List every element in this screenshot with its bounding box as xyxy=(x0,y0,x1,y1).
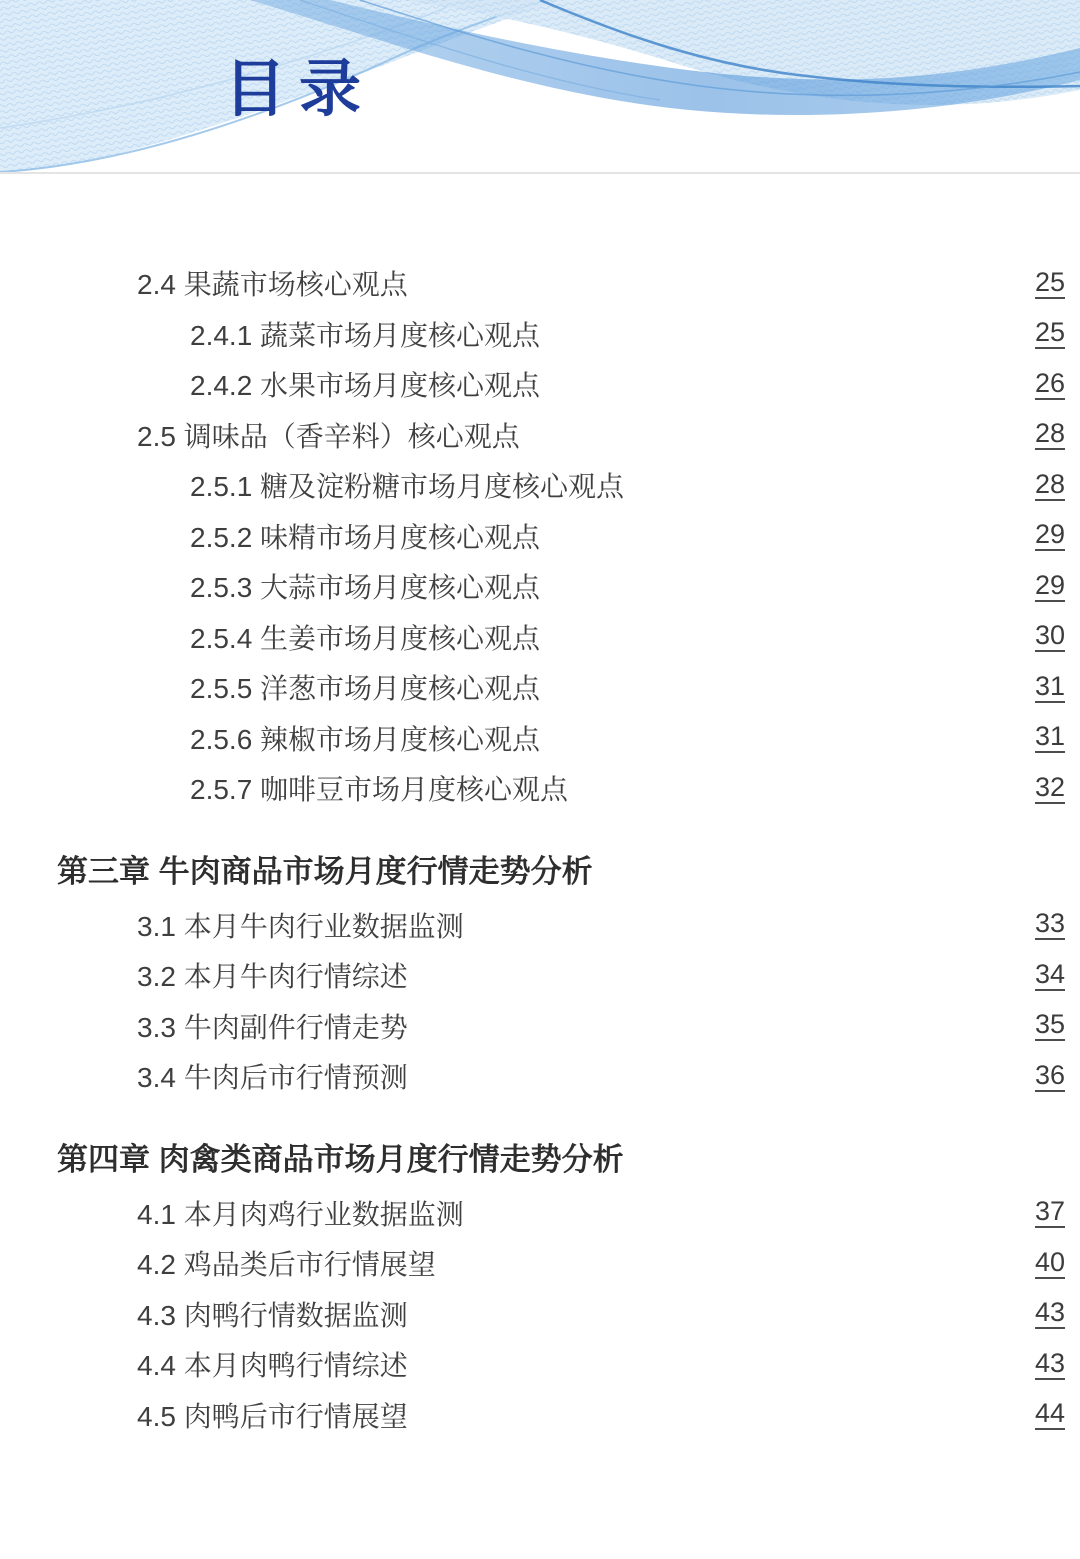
toc-entry-page-link[interactable]: 25 xyxy=(1035,318,1065,349)
toc-list: 2.4 果蔬市场核心观点 25 2.4.1 蔬菜市场月度核心观点 25 2.4.… xyxy=(0,174,1080,1440)
toc-entry-2: 2.4.2 水果市场月度核心观点 26 xyxy=(0,359,1065,410)
toc-entry-14: 3.3 牛肉副件行情走势 35 xyxy=(0,1001,1065,1052)
toc-entry-label: 2.5.5 洋葱市场月度核心观点 xyxy=(190,667,540,707)
wave-decoration-graphic xyxy=(0,0,1080,172)
toc-entry-8: 2.5.5 洋葱市场月度核心观点 31 xyxy=(0,662,1065,713)
page-title: 目录 xyxy=(224,56,374,124)
toc-entry-page-link[interactable]: 28 xyxy=(1035,419,1065,450)
toc-entry-label: 3.2 本月牛肉行情综述 xyxy=(137,955,408,995)
toc-entry-label: 2.5 调味品（香辛料）核心观点 xyxy=(137,415,520,455)
toc-entry-label: 2.5.2 味精市场月度核心观点 xyxy=(190,516,540,556)
toc-entry-page-link[interactable]: 34 xyxy=(1035,960,1065,991)
toc-entry-page-link[interactable]: 26 xyxy=(1035,369,1065,400)
toc-entry-17: 4.1 本月肉鸡行业数据监测 37 xyxy=(0,1188,1065,1239)
toc-entry-page-link[interactable]: 25 xyxy=(1035,268,1065,299)
toc-entry-label: 2.4.1 蔬菜市场月度核心观点 xyxy=(190,314,540,354)
toc-entry-page-link[interactable]: 31 xyxy=(1035,722,1065,753)
toc-entry-3: 2.5 调味品（香辛料）核心观点 28 xyxy=(0,410,1065,461)
toc-entry-label: 2.5.7 咖啡豆市场月度核心观点 xyxy=(190,768,568,808)
toc-entry-21: 4.5 肉鸭后市行情展望 44 xyxy=(0,1390,1065,1441)
toc-entry-label: 4.5 肉鸭后市行情展望 xyxy=(137,1395,408,1435)
toc-entry-page-link[interactable]: 43 xyxy=(1035,1298,1065,1329)
toc-entry-label: 2.5.3 大蒜市场月度核心观点 xyxy=(190,566,540,606)
toc-entry-page-link[interactable]: 31 xyxy=(1035,672,1065,703)
toc-entry-page-link[interactable]: 40 xyxy=(1035,1248,1065,1279)
toc-entry-label: 3.4 牛肉后市行情预测 xyxy=(137,1056,408,1096)
toc-page: 目录 2.4 果蔬市场核心观点 25 2.4.1 蔬菜市场月度核心观点 25 2… xyxy=(0,0,1080,1559)
toc-entry-label: 第四章 肉禽类商品市场月度行情走势分析 xyxy=(57,1134,624,1179)
toc-entry-page-link[interactable]: 36 xyxy=(1035,1061,1065,1092)
toc-entry-12: 3.1 本月牛肉行业数据监测 33 xyxy=(0,900,1065,951)
toc-entry-16: 第四章 肉禽类商品市场月度行情走势分析 xyxy=(0,1126,1065,1188)
toc-entry-5: 2.5.2 味精市场月度核心观点 29 xyxy=(0,511,1065,562)
toc-entry-page-link[interactable]: 29 xyxy=(1035,520,1065,551)
toc-entry-label: 4.2 鸡品类后市行情展望 xyxy=(137,1243,436,1283)
toc-entry-page-link[interactable]: 29 xyxy=(1035,571,1065,602)
toc-entry-label: 第三章 牛肉商品市场月度行情走势分析 xyxy=(57,846,593,891)
toc-entry-11: 第三章 牛肉商品市场月度行情走势分析 xyxy=(0,838,1065,900)
toc-entry-label: 2.5.1 糖及淀粉糖市场月度核心观点 xyxy=(190,465,624,505)
toc-entry-label: 4.1 本月肉鸡行业数据监测 xyxy=(137,1193,464,1233)
toc-entry-0: 2.4 果蔬市场核心观点 25 xyxy=(0,258,1065,309)
toc-entry-4: 2.5.1 糖及淀粉糖市场月度核心观点 28 xyxy=(0,460,1065,511)
toc-entry-label: 2.5.6 辣椒市场月度核心观点 xyxy=(190,718,540,758)
toc-entry-20: 4.4 本月肉鸭行情综述 43 xyxy=(0,1339,1065,1390)
toc-entry-7: 2.5.4 生姜市场月度核心观点 30 xyxy=(0,612,1065,663)
toc-entry-page-link[interactable]: 33 xyxy=(1035,909,1065,940)
toc-entry-18: 4.2 鸡品类后市行情展望 40 xyxy=(0,1238,1065,1289)
toc-entry-19: 4.3 肉鸭行情数据监测 43 xyxy=(0,1289,1065,1340)
toc-entry-15: 3.4 牛肉后市行情预测 36 xyxy=(0,1051,1065,1102)
toc-entry-label: 4.4 本月肉鸭行情综述 xyxy=(137,1344,408,1384)
toc-entry-page-link[interactable]: 32 xyxy=(1035,773,1065,804)
toc-entry-label: 4.3 肉鸭行情数据监测 xyxy=(137,1294,408,1334)
toc-entry-label: 3.1 本月牛肉行业数据监测 xyxy=(137,905,464,945)
toc-entry-page-link[interactable]: 44 xyxy=(1035,1399,1065,1430)
toc-entry-page-link[interactable]: 37 xyxy=(1035,1197,1065,1228)
toc-entry-6: 2.5.3 大蒜市场月度核心观点 29 xyxy=(0,561,1065,612)
toc-entry-page-link[interactable]: 43 xyxy=(1035,1349,1065,1380)
toc-entry-page-link[interactable]: 35 xyxy=(1035,1010,1065,1041)
toc-entry-label: 2.5.4 生姜市场月度核心观点 xyxy=(190,617,540,657)
toc-entry-label: 2.4.2 水果市场月度核心观点 xyxy=(190,364,540,404)
toc-entry-label: 2.4 果蔬市场核心观点 xyxy=(137,263,408,303)
toc-entry-page-link[interactable]: 28 xyxy=(1035,470,1065,501)
toc-entry-page-link[interactable]: 30 xyxy=(1035,621,1065,652)
toc-entry-10: 2.5.7 咖啡豆市场月度核心观点 32 xyxy=(0,763,1065,814)
page-header: 目录 xyxy=(0,0,1080,174)
toc-entry-9: 2.5.6 辣椒市场月度核心观点 31 xyxy=(0,713,1065,764)
toc-entry-13: 3.2 本月牛肉行情综述 34 xyxy=(0,950,1065,1001)
toc-entry-1: 2.4.1 蔬菜市场月度核心观点 25 xyxy=(0,309,1065,360)
toc-entry-label: 3.3 牛肉副件行情走势 xyxy=(137,1006,408,1046)
